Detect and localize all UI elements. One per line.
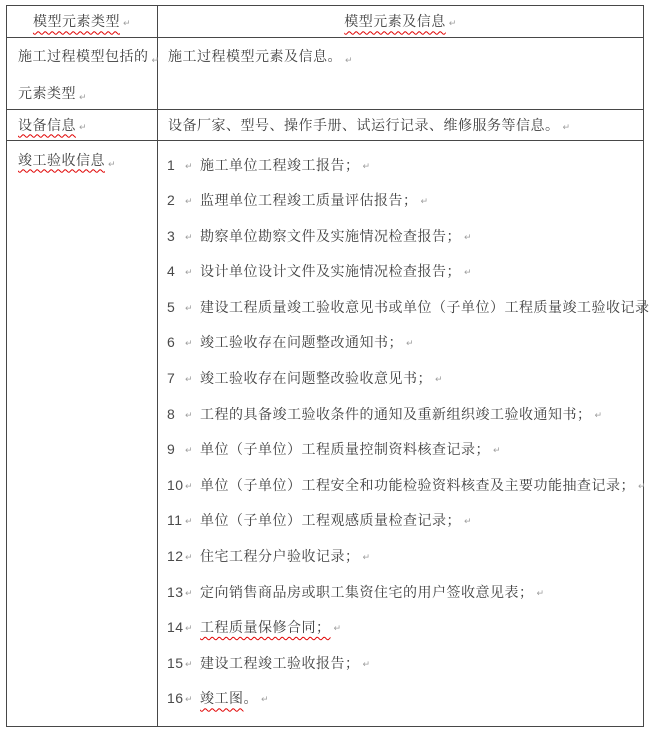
item-text: 单位（子单位）工程安全和功能检验资料核查及主要功能抽查记录； xyxy=(200,477,635,493)
item-number: 9 xyxy=(167,441,184,457)
pilcrow-icon: ↵ xyxy=(363,657,371,671)
pilcrow-icon: ↵ xyxy=(345,53,353,67)
item-number: 3 xyxy=(167,228,184,244)
item-text: 单位（子单位）工程质量控制资料核查记录； xyxy=(200,441,490,457)
tab-mark-icon: ↵ xyxy=(185,479,193,493)
list-item: 6↵竣工验收存在问题整改通知书；↵ xyxy=(167,334,643,370)
tab-mark-icon: ↵ xyxy=(185,301,193,315)
process-type-line1: 施工过程模型包括的↵ xyxy=(18,48,155,85)
acceptance-info-cell: 1↵施工单位工程竣工报告；↵ 2↵监理单位工程竣工质量评估报告；↵ 3↵勘察单位… xyxy=(158,141,643,727)
item-number: 12 xyxy=(167,548,184,564)
pilcrow-icon: ↵ xyxy=(563,120,571,134)
row-construction-process: 施工过程模型包括的↵ 元素类型↵ 施工过程模型元素及信息。↵ xyxy=(7,38,643,110)
item-text: 竣工图 xyxy=(200,690,244,706)
pilcrow-icon: ↵ xyxy=(261,692,269,706)
list-item: 10↵单位（子单位）工程安全和功能检验资料核查及主要功能抽查记录；↵ xyxy=(167,477,643,513)
acceptance-list: 1↵施工单位工程竣工报告；↵ 2↵监理单位工程竣工质量评估报告；↵ 3↵勘察单位… xyxy=(167,157,643,727)
pilcrow-icon: ↵ xyxy=(537,586,545,600)
acceptance-type-cell: 竣工验收信息↵ xyxy=(7,141,158,727)
list-item: 7↵竣工验收存在问题整改验收意见书；↵ xyxy=(167,370,643,406)
tab-mark-icon: ↵ xyxy=(185,621,193,635)
item-number: 8 xyxy=(167,406,184,422)
equipment-info-cell: 设备厂家、型号、操作手册、试运行记录、维修服务等信息。↵ xyxy=(158,110,643,140)
list-item: 15↵建设工程竣工验收报告；↵ xyxy=(167,655,643,691)
pilcrow-icon: ↵ xyxy=(363,159,371,173)
item-text: 定向销售商品房或职工集资住宅的用户签收意见表； xyxy=(200,584,534,600)
tab-mark-icon: ↵ xyxy=(185,230,193,244)
item-text: 施工单位工程竣工报告； xyxy=(200,157,360,173)
pilcrow-icon: ↵ xyxy=(493,443,501,457)
item-number: 16 xyxy=(167,690,184,706)
tab-mark-icon: ↵ xyxy=(185,408,193,422)
pilcrow-icon: ↵ xyxy=(638,479,646,493)
pilcrow-icon: ↵ xyxy=(108,157,116,171)
list-item: 13↵定向销售商品房或职工集资住宅的用户签收意见表；↵ xyxy=(167,584,643,620)
word-document-page: 模型元素类型↵ 模型元素及信息↵ 施工过程模型包括的↵ 元素类型↵ 施工过程模型… xyxy=(0,0,650,731)
item-number: 6 xyxy=(167,334,184,350)
item-tail: 。 xyxy=(244,690,259,706)
pilcrow-icon: ↵ xyxy=(334,621,342,635)
item-number: 7 xyxy=(167,370,184,386)
item-number: 2 xyxy=(167,192,184,208)
item-text: 建设工程质量竣工验收意见书或单位（子单位）工程质量竣工验收记录； xyxy=(200,299,650,315)
pilcrow-icon: ↵ xyxy=(363,550,371,564)
row-acceptance-info: 竣工验收信息↵ 1↵施工单位工程竣工报告；↵ 2↵监理单位工程竣工质量评估报告；… xyxy=(7,141,643,727)
item-number: 5 xyxy=(167,299,184,315)
pilcrow-icon: ↵ xyxy=(421,194,429,208)
tab-mark-icon: ↵ xyxy=(185,586,193,600)
tab-mark-icon: ↵ xyxy=(185,194,193,208)
list-item: 16↵竣工图。↵ xyxy=(167,690,643,726)
item-text: 住宅工程分户验收记录； xyxy=(200,548,360,564)
header-cell-type: 模型元素类型↵ xyxy=(7,6,158,37)
list-item: 11↵单位（子单位）工程观感质量检查记录；↵ xyxy=(167,512,643,548)
item-text: 竣工验收存在问题整改通知书； xyxy=(200,334,403,350)
list-item: 8↵工程的具备竣工验收条件的通知及重新组织竣工验收通知书；↵ xyxy=(167,406,643,442)
item-number: 11 xyxy=(167,512,184,528)
list-item: 9↵单位（子单位）工程质量控制资料核查记录；↵ xyxy=(167,441,643,477)
item-text: 勘察单位勘察文件及实施情况检查报告； xyxy=(200,228,461,244)
equipment-type-cell: 设备信息↵ xyxy=(7,110,158,140)
item-number: 15 xyxy=(167,655,184,671)
header-label-info: 模型元素及信息 xyxy=(344,13,446,29)
item-number: 10 xyxy=(167,477,184,493)
pilcrow-icon: ↵ xyxy=(435,372,443,386)
pilcrow-icon: ↵ xyxy=(464,265,472,279)
item-number: 4 xyxy=(167,263,184,279)
item-text: 建设工程竣工验收报告； xyxy=(200,655,360,671)
model-elements-table: 模型元素类型↵ 模型元素及信息↵ 施工过程模型包括的↵ 元素类型↵ 施工过程模型… xyxy=(6,5,644,727)
tab-mark-icon: ↵ xyxy=(185,443,193,457)
table-header-row: 模型元素类型↵ 模型元素及信息↵ xyxy=(7,6,643,38)
item-text: 竣工验收存在问题整改验收意见书； xyxy=(200,370,432,386)
tab-mark-icon: ↵ xyxy=(185,692,193,706)
acceptance-type-label: 竣工验收信息 xyxy=(18,152,105,168)
pilcrow-icon: ↵ xyxy=(123,16,131,30)
tab-mark-icon: ↵ xyxy=(185,657,193,671)
pilcrow-icon: ↵ xyxy=(152,53,160,67)
tab-mark-icon: ↵ xyxy=(185,372,193,386)
list-item: 3↵勘察单位勘察文件及实施情况检查报告；↵ xyxy=(167,228,643,264)
tab-mark-icon: ↵ xyxy=(185,514,193,528)
list-item: 5↵建设工程质量竣工验收意见书或单位（子单位）工程质量竣工验收记录；↵ xyxy=(167,299,643,335)
pilcrow-icon: ↵ xyxy=(595,408,603,422)
item-text: 工程的具备竣工验收条件的通知及重新组织竣工验收通知书； xyxy=(200,406,592,422)
item-number: 1 xyxy=(167,157,184,173)
list-item: 1↵施工单位工程竣工报告；↵ xyxy=(167,157,643,193)
tab-mark-icon: ↵ xyxy=(185,159,193,173)
item-text: 工程质量保修合同； xyxy=(200,619,331,635)
process-type-cell: 施工过程模型包括的↵ 元素类型↵ xyxy=(7,38,158,109)
pilcrow-icon: ↵ xyxy=(79,120,87,134)
list-item: 14↵工程质量保修合同；↵ xyxy=(167,619,643,655)
item-text: 单位（子单位）工程观感质量检查记录； xyxy=(200,512,461,528)
pilcrow-icon: ↵ xyxy=(449,16,457,30)
tab-mark-icon: ↵ xyxy=(185,265,193,279)
item-number: 13 xyxy=(167,584,184,600)
header-cell-info: 模型元素及信息↵ xyxy=(158,6,643,37)
tab-mark-icon: ↵ xyxy=(185,550,193,564)
list-item: 4↵设计单位设计文件及实施情况检查报告；↵ xyxy=(167,263,643,299)
process-info-cell: 施工过程模型元素及信息。↵ xyxy=(158,38,643,109)
equipment-info-text: 设备厂家、型号、操作手册、试运行记录、维修服务等信息。 xyxy=(168,117,560,133)
item-number: 14 xyxy=(167,619,184,635)
pilcrow-icon: ↵ xyxy=(79,90,87,104)
pilcrow-icon: ↵ xyxy=(464,230,472,244)
list-item: 12↵住宅工程分户验收记录；↵ xyxy=(167,548,643,584)
process-info-text: 施工过程模型元素及信息。 xyxy=(168,48,342,64)
header-label-type: 模型元素类型 xyxy=(33,13,120,29)
item-text: 设计单位设计文件及实施情况检查报告； xyxy=(200,263,461,279)
equipment-type-label: 设备信息 xyxy=(18,117,76,133)
item-text: 监理单位工程竣工质量评估报告； xyxy=(200,192,418,208)
tab-mark-icon: ↵ xyxy=(185,336,193,350)
row-equipment-info: 设备信息↵ 设备厂家、型号、操作手册、试运行记录、维修服务等信息。↵ xyxy=(7,110,643,141)
pilcrow-icon: ↵ xyxy=(464,514,472,528)
list-item: 2↵监理单位工程竣工质量评估报告；↵ xyxy=(167,192,643,228)
pilcrow-icon: ↵ xyxy=(406,336,414,350)
